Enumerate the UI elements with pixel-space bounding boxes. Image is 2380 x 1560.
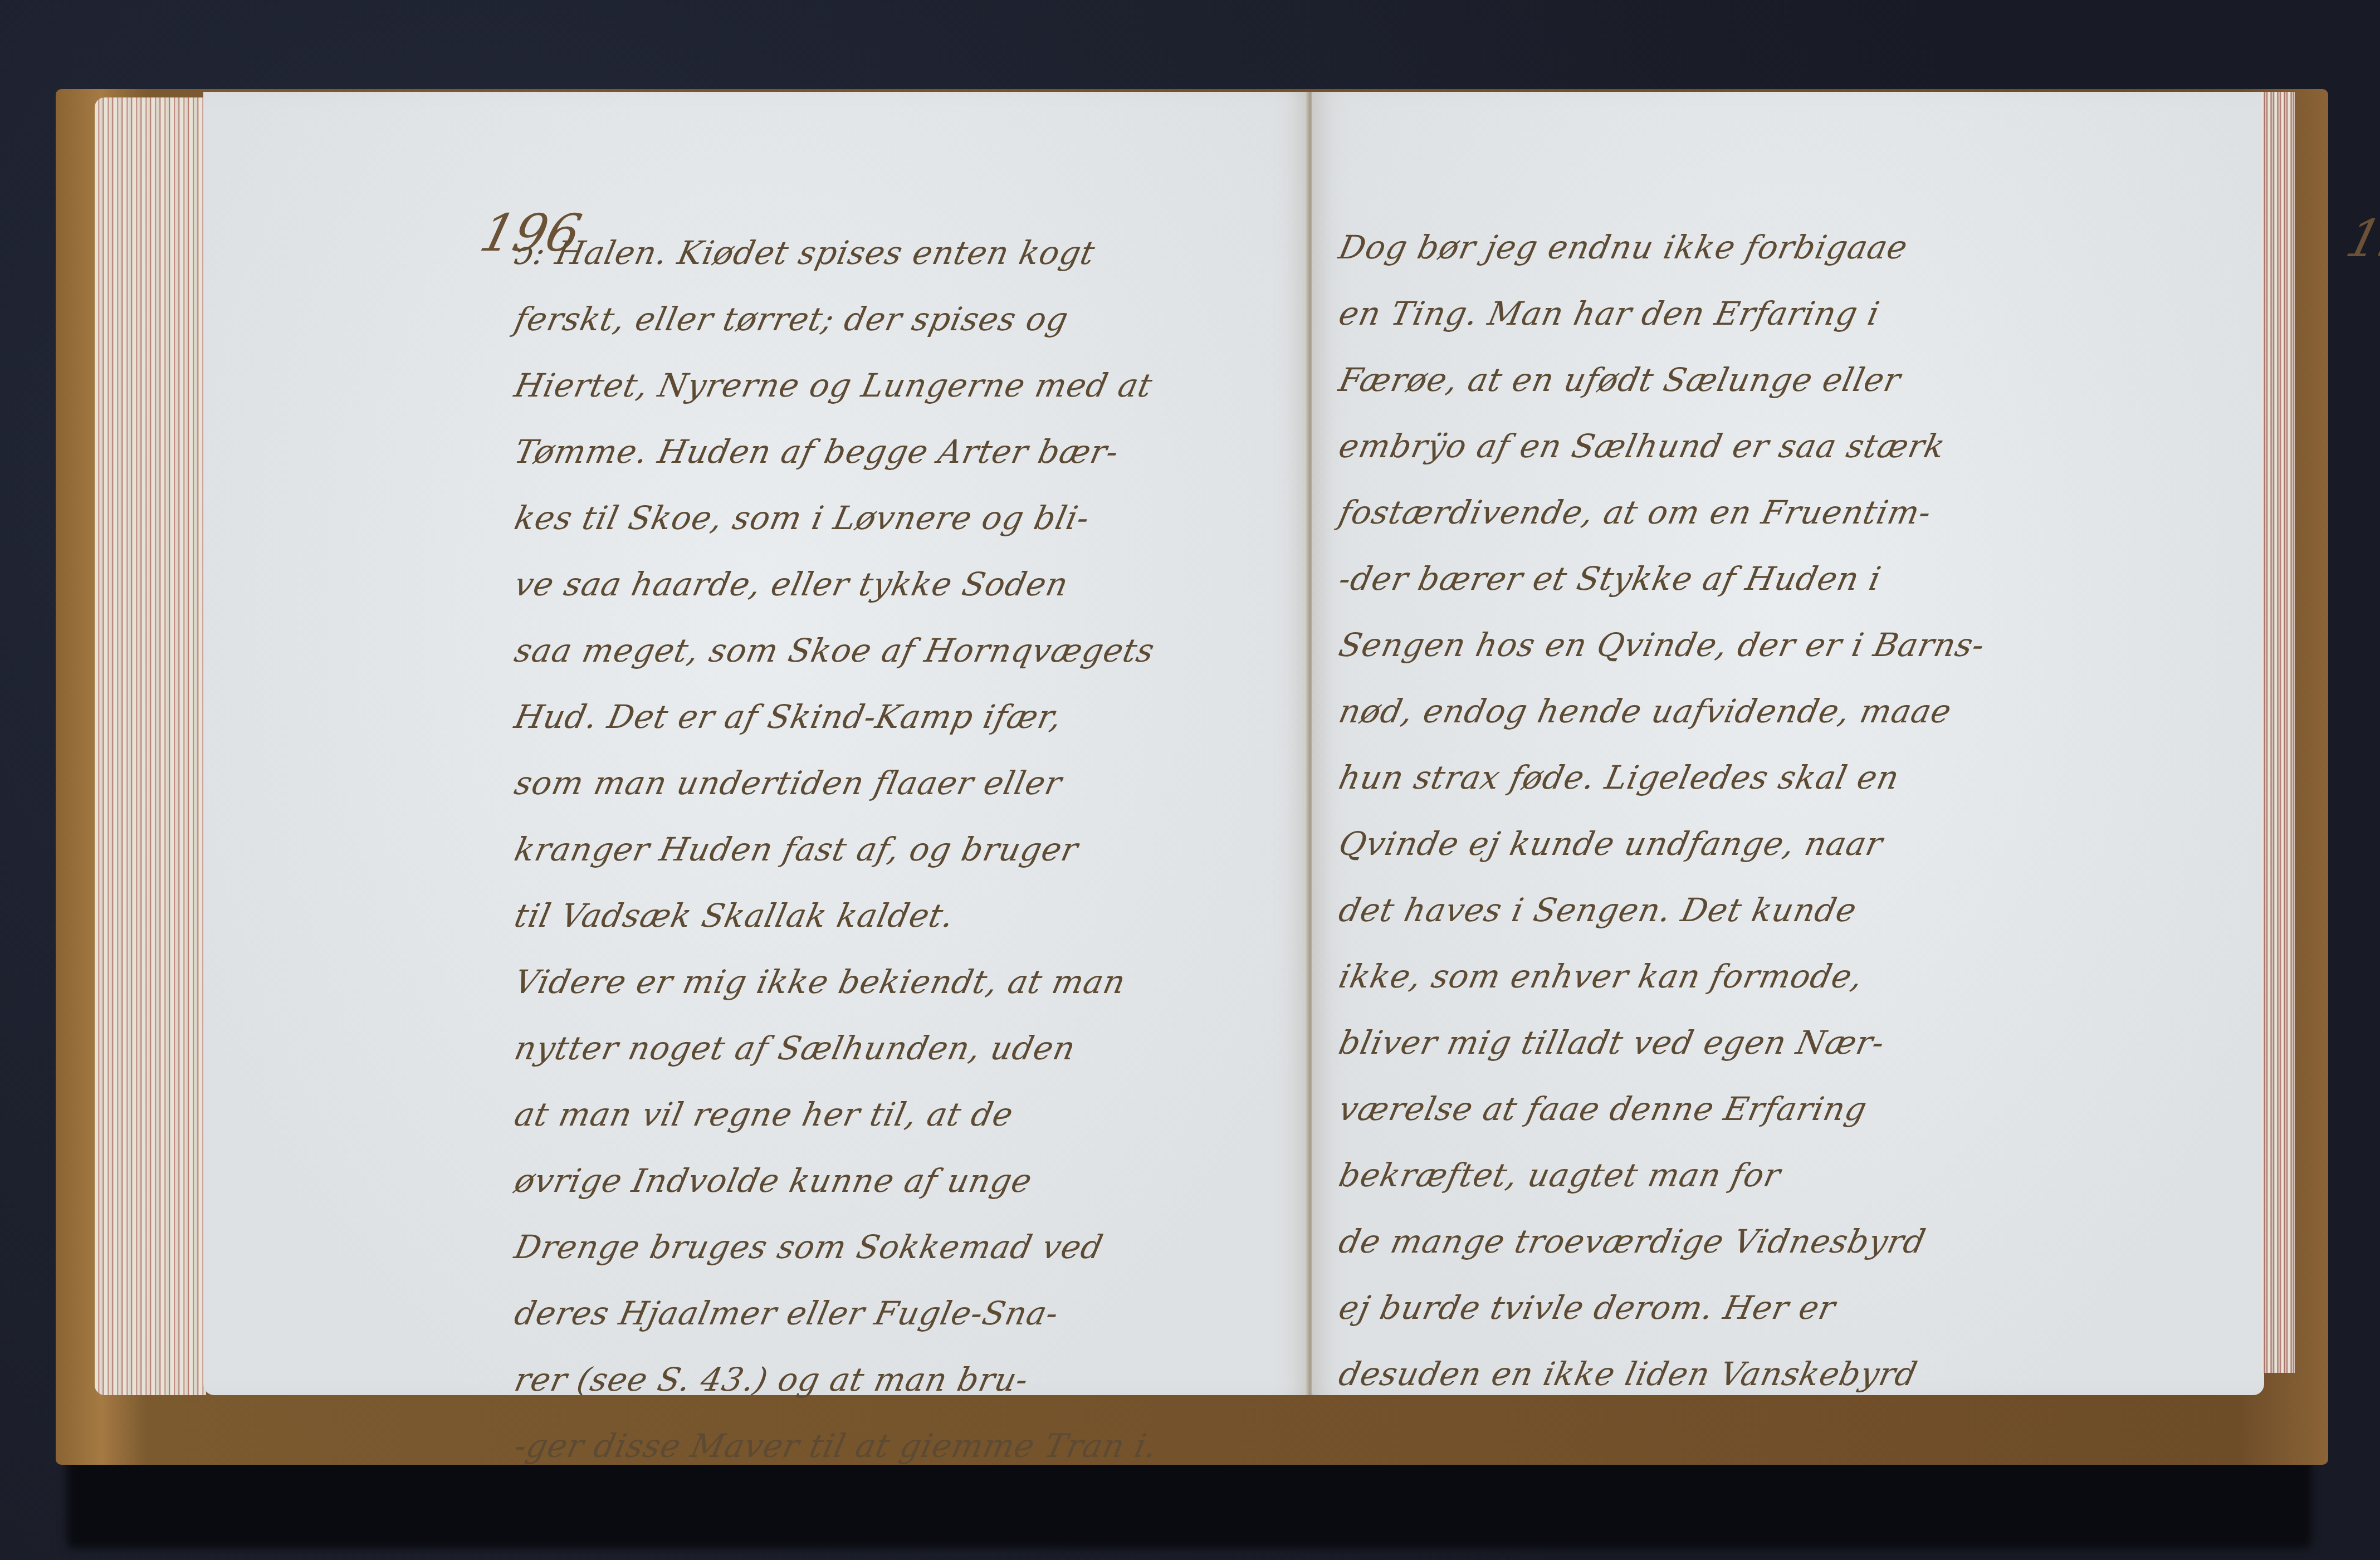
page-edges-left xyxy=(95,97,206,1395)
text-line: ikke, som enhver kan formode, xyxy=(1332,943,2154,1010)
text-line: embrÿo af en Sælhund er saa stærk xyxy=(1332,413,2154,480)
text-line: som man undertiden flaaer eller xyxy=(508,750,1302,816)
text-line: ej burde tvivle derom. Her er xyxy=(1332,1275,2154,1341)
left-page-text: ɔ: Halen. Kiødet spises enten kogt fersk… xyxy=(515,220,1295,1479)
text-line: det haves i Sengen. Det kunde xyxy=(1332,877,2154,943)
text-line: værelse at faae denne Erfaring xyxy=(1332,1076,2154,1142)
right-page: 197 Dog bør jeg endnu ikke forbigaae en … xyxy=(1312,92,2264,1395)
text-line: Dog bør jeg endnu ikke forbigaae xyxy=(1332,214,2154,281)
text-line: Drenge bruges som Sokkemad ved xyxy=(508,1214,1302,1280)
text-line: kes til Skoe, som i Løvnere og bli- xyxy=(508,485,1302,551)
text-line: Hud. Det er af Skind-Kamp ifær, xyxy=(508,684,1302,750)
page-edges-right xyxy=(2261,92,2295,1373)
text-line: ɔ: Halen. Kiødet spises enten kogt xyxy=(508,220,1302,286)
text-line: desuden en ikke liden Vanskebyrd xyxy=(1332,1341,2154,1407)
text-line: rer (see S. 43.) og at man bru- xyxy=(508,1347,1302,1413)
text-line: Hiertet, Nyrerne og Lungerne med at xyxy=(508,353,1302,419)
text-line: øvrige Indvolde kunne af unge xyxy=(508,1148,1302,1214)
text-line: Qvinde ej kunde undfange, naar xyxy=(1332,811,2154,877)
text-line: en Ting. Man har den Erfaring i xyxy=(1332,281,2154,347)
text-line: hun strax føde. Ligeledes skal en xyxy=(1332,745,2154,811)
text-line: nød, endog hende uafvidende, maae xyxy=(1332,678,2154,745)
text-line: saa meget, som Skoe af Hornqvægets xyxy=(508,618,1302,684)
text-line: ve saa haarde, eller tykke Soden xyxy=(508,551,1302,618)
page-number: 197 xyxy=(2340,209,2380,268)
right-page-text: Dog bør jeg endnu ikke forbigaae en Ting… xyxy=(1340,214,2147,1407)
text-line: bekræftet, uagtet man for xyxy=(1332,1142,2154,1209)
left-page: 196 ɔ: Halen. Kiødet spises enten kogt f… xyxy=(203,92,1309,1395)
text-line: nytter noget af Sælhunden, uden xyxy=(508,1015,1302,1082)
text-line: bliver mig tilladt ved egen Nær- xyxy=(1332,1010,2154,1076)
text-line: Sengen hos en Qvinde, der er i Barns- xyxy=(1332,612,2154,678)
text-line: deres Hjaalmer eller Fugle-Sna- xyxy=(508,1280,1302,1347)
open-book: 196 ɔ: Halen. Kiødet spises enten kogt f… xyxy=(84,92,2306,1434)
text-line: de mange troeværdige Vidnesbyrd xyxy=(1332,1209,2154,1275)
text-line: Videre er mig ikke bekiendt, at man xyxy=(508,949,1302,1015)
text-line: -der bærer et Stykke af Huden i xyxy=(1332,546,2154,612)
text-line: at man vil regne her til, at de xyxy=(508,1082,1302,1148)
text-line: ferskt, eller tørret; der spises og xyxy=(508,286,1302,353)
text-line: fostærdivende, at om en Fruentim- xyxy=(1332,480,2154,546)
text-line: -ger disse Maver til at giemme Tran i. xyxy=(508,1413,1302,1479)
text-line: Tømme. Huden af begge Arter bær- xyxy=(508,419,1302,485)
text-line: til Vadsæk Skallak kaldet. xyxy=(508,883,1302,949)
text-line: Færøe, at en ufødt Sælunge eller xyxy=(1332,347,2154,413)
text-line: kranger Huden fast af, og bruger xyxy=(508,816,1302,883)
